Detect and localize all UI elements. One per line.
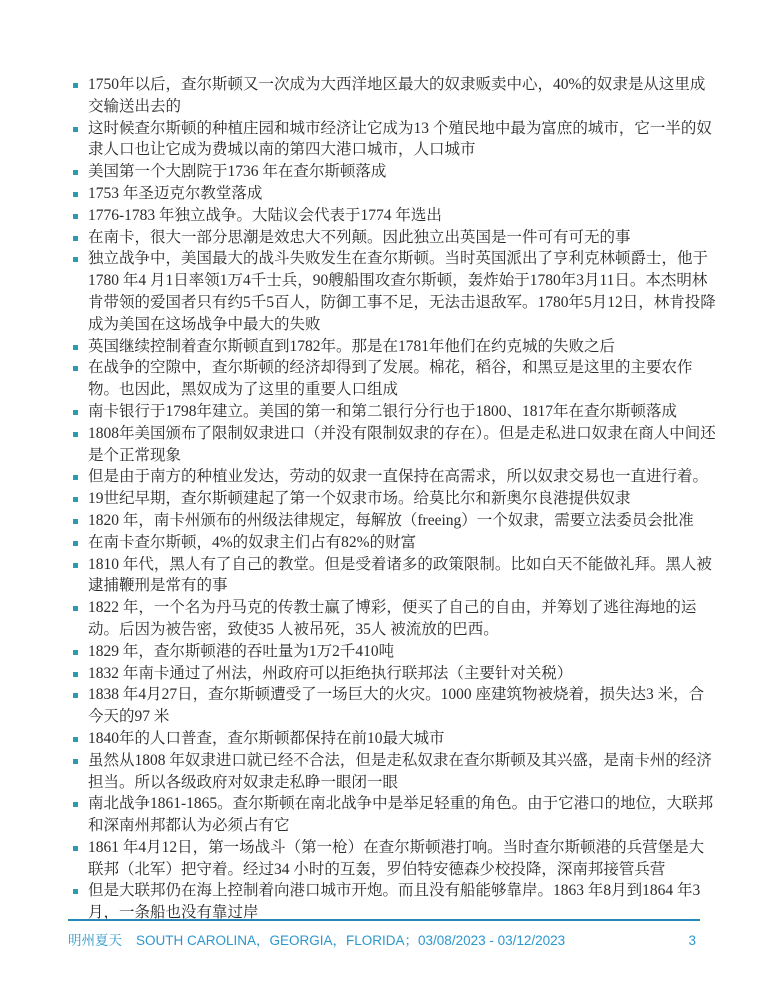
list-item: 1829 年，查尔斯顿港的吞吐量为1万2千410吨 xyxy=(70,641,717,663)
footer-divider xyxy=(68,919,700,921)
list-item: 在南卡，很大一部分思潮是效忠大不列颠。因此独立出英国是一件可有可无的事 xyxy=(70,227,717,249)
list-item: 1753 年圣迈克尔教堂落成 xyxy=(70,183,717,205)
list-item: 1808年美国颁布了限制奴隶进口（并没有限制奴隶的存在）。但是走私进口奴隶在商人… xyxy=(70,423,717,467)
list-item: 1838 年4月27日，查尔斯顿遭受了一场巨大的火灾。1000 座建筑物被烧着，… xyxy=(70,684,717,728)
list-item: 1861 年4月12日，第一场战斗（第一枪）在查尔斯顿港打响。当时查尔斯顿港的兵… xyxy=(70,837,717,881)
list-item: 这时候查尔斯顿的种植庄园和城市经济让它成为13 个殖民地中最为富庶的城市，它一半… xyxy=(70,118,717,162)
list-item: 19世纪早期，查尔斯顿建起了第一个奴隶市场。给莫比尔和新奥尔良港提供奴隶 xyxy=(70,488,717,510)
list-item: 1776-1783 年独立战争。大陆议会代表于1774 年选出 xyxy=(70,205,717,227)
list-item: 独立战争中，美国最大的战斗失败发生在查尔斯顿。当时英国派出了亨利克林顿爵士，他于… xyxy=(70,248,717,335)
list-item: 在战争的空隙中，查尔斯顿的经济却得到了发展。棉花，稻谷，和黑豆是这里的主要农作物… xyxy=(70,357,717,401)
footer-trip-route: SOUTH CAROLINA，GEORGIA，FLORIDA；03/08/202… xyxy=(136,929,688,949)
list-item: 1750年以后，查尔斯顿又一次成为大西洋地区最大的奴隶贩卖中心，40%的奴隶是从… xyxy=(70,74,717,118)
bullet-list: 1750年以后，查尔斯顿又一次成为大西洋地区最大的奴隶贩卖中心，40%的奴隶是从… xyxy=(70,74,717,924)
footer-row: 明州夏天 SOUTH CAROLINA，GEORGIA，FLORIDA；03/0… xyxy=(68,929,700,949)
list-item: 南卡银行于1798年建立。美国的第一和第二银行分行也于1800、1817年在查尔… xyxy=(70,401,717,423)
list-item: 1820 年，南卡州颁布的州级法律规定，每解放（freeing）一个奴隶，需要立… xyxy=(70,510,717,532)
document-page: 1750年以后，查尔斯顿又一次成为大西洋地区最大的奴隶贩卖中心，40%的奴隶是从… xyxy=(0,0,775,1000)
page-footer: 明州夏天 SOUTH CAROLINA，GEORGIA，FLORIDA；03/0… xyxy=(68,919,700,949)
list-item: 南北战争1861-1865。查尔斯顿在南北战争中是举足轻重的角色。由于它港口的地… xyxy=(70,793,717,837)
list-item: 1810 年代，黑人有了自己的教堂。但是受着诸多的政策限制。比如白天不能做礼拜。… xyxy=(70,554,717,598)
list-item: 1832 年南卡通过了州法，州政府可以拒绝执行联邦法（主要针对关税） xyxy=(70,663,717,685)
list-item: 虽然从1808 年奴隶进口就已经不合法，但是走私奴隶在查尔斯顿及其兴盛，是南卡州… xyxy=(70,750,717,794)
list-item: 1840年的人口普查，查尔斯顿都保持在前10最大城市 xyxy=(70,728,717,750)
list-item: 但是由于南方的种植业发达，劳动的奴隶一直保持在高需求，所以奴隶交易也一直进行着。 xyxy=(70,466,717,488)
list-item: 在南卡查尔斯顿，4%的奴隶主们占有82%的财富 xyxy=(70,532,717,554)
footer-page-number: 3 xyxy=(688,933,700,948)
list-item: 美国第一个大剧院于1736 年在查尔斯顿落成 xyxy=(70,161,717,183)
list-item: 1822 年，一个名为丹马克的传教士赢了博彩，便买了自己的自由，并筹划了逃往海地… xyxy=(70,597,717,641)
footer-trip-title: 明州夏天 xyxy=(68,929,122,949)
list-item: 但是大联邦仍在海上控制着向港口城市开炮。而且没有船能够靠岸。1863 年8月到1… xyxy=(70,880,717,924)
list-item: 英国继续控制着查尔斯顿直到1782年。那是在1781年他们在约克城的失败之后 xyxy=(70,336,717,358)
